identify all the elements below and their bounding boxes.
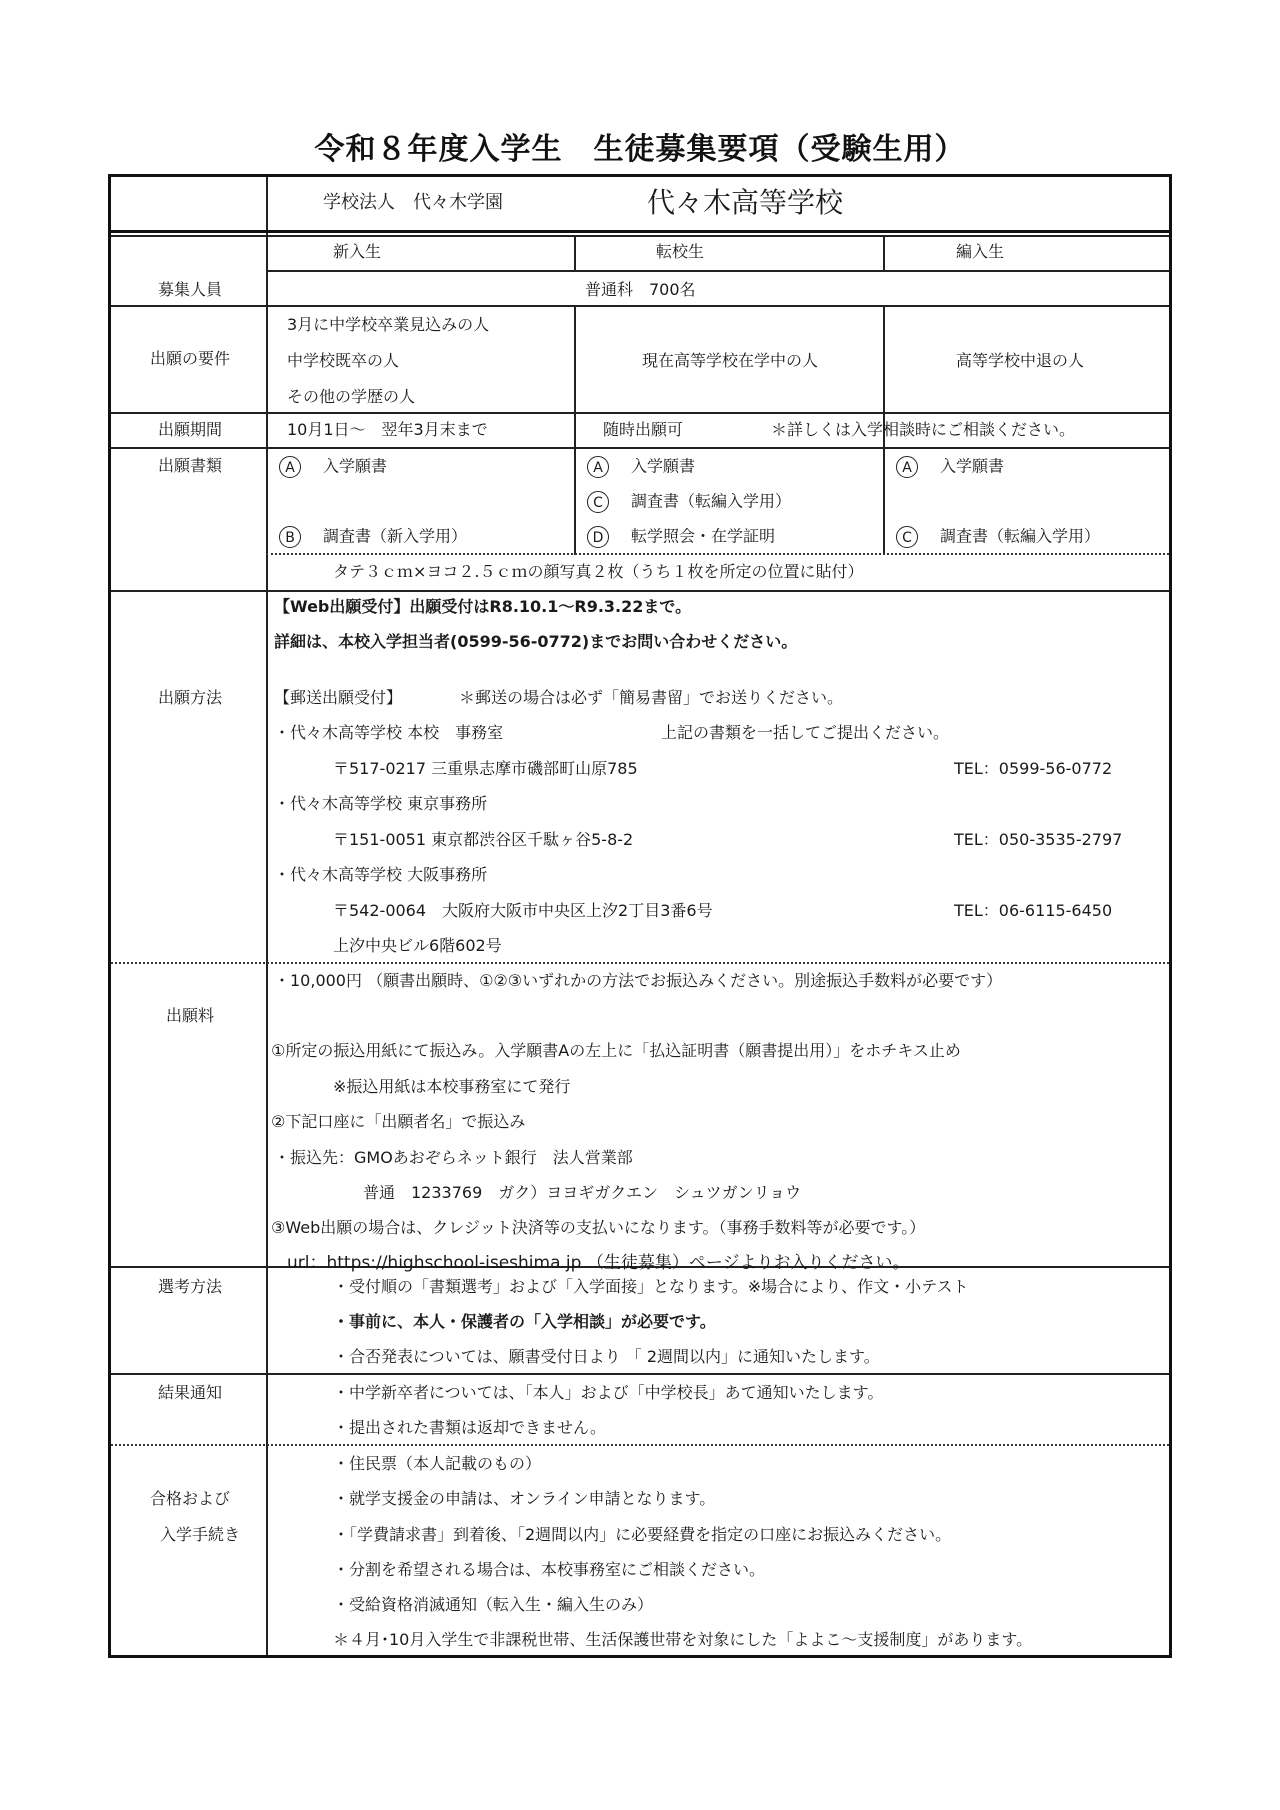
fee-line-4: ②下記口座に「出願者名」で振込み [271, 1112, 525, 1132]
admission-table: 学校法人 代々木学園 代々木高等学校 新入生 転校生 編入生 募集人員 普通科 … [108, 174, 1172, 1658]
circle-mark-icon: A [896, 456, 918, 478]
label-selection: 選考方法 [111, 1277, 269, 1297]
procedure-line-4: ・分割を希望される場合は、本校事務室にご相談ください。 [333, 1560, 765, 1580]
photo-note: タテ３ｃｍ×ヨコ２.５ｃｍの顔写真２枚（うち１枚を所定の位置に貼付） [333, 562, 864, 582]
main-office: ・代々木高等学校 本校 事務室 [274, 723, 503, 743]
document-item: B調査書（新入学用） [279, 526, 467, 548]
document-item: A入学願書 [587, 456, 695, 478]
label-column-divider [266, 177, 268, 1655]
row-divider [111, 230, 1169, 233]
fee-line-5: ・振込先：GMOあおぞらネット銀行 法人営業部 [274, 1148, 633, 1168]
document-item: A入学願書 [279, 456, 387, 478]
label-result: 結果通知 [111, 1383, 269, 1403]
dotted-divider [266, 553, 1169, 555]
osaka-address: 〒542-0064 大阪府大阪市中央区上汐2丁目3番6号 [333, 901, 713, 921]
document-item: D転学照会・在学証明 [587, 526, 775, 548]
col-header-new: 新入生 [333, 242, 381, 262]
label-procedure-2: 入学手続き [121, 1525, 279, 1545]
tokyo-tel: TEL：050-3535-2797 [954, 830, 1122, 850]
requirement-new-3: その他の学歴の人 [287, 387, 415, 407]
label-recruitment: 募集人員 [111, 280, 269, 300]
circle-mark-icon: A [279, 456, 301, 478]
period-new: 10月1日～ 翌年3月末まで [287, 420, 488, 440]
bulk-note: 上記の書類を一括してご提出ください。 [661, 723, 949, 743]
requirement-transfer: 現在高等学校在学中の人 [642, 351, 818, 371]
fee-line-7: ③Web出願の場合は、クレジット決済等の支払いになります。（事務手数料等が必要で… [271, 1218, 925, 1238]
selection-line-3: ・合否発表については、願書受付日より 「 2週間以内」に通知いたします。 [333, 1347, 880, 1367]
corporation-name: 学校法人 代々木学園 [323, 193, 503, 213]
osaka-tel: TEL：06-6115-6450 [954, 901, 1112, 921]
circle-mark-icon: C [587, 491, 609, 513]
circle-mark-icon: C [896, 526, 918, 548]
period-transfer: 随時出願可 [603, 420, 683, 440]
mail-header: 【郵送出願受付】 [274, 688, 402, 708]
result-line-2: ・提出された書類は返却できません。 [333, 1418, 606, 1438]
row-divider [111, 590, 1169, 592]
row-divider [266, 270, 1169, 272]
col-header-readmission: 編入生 [956, 242, 1004, 262]
procedure-line-2: ・就学支援金の申請は、オンライン申請となります。 [333, 1489, 715, 1509]
col-divider [574, 237, 576, 272]
label-fee: 出願料 [111, 1006, 269, 1026]
procedure-line-1: ・住民票（本人記載のもの） [333, 1454, 541, 1474]
fee-url-line: url：https://highschool-iseshima.jp （生徒募集… [287, 1253, 909, 1273]
label-documents: 出願書類 [111, 456, 269, 476]
osaka-office: ・代々木高等学校 大阪事務所 [274, 865, 487, 885]
dotted-divider [111, 962, 1169, 964]
row-divider [111, 412, 1169, 414]
fee-line-2: ①所定の振込用紙にて振込み。入学願書Aの左上に「払込証明書（願書提出用）」をホチ… [271, 1041, 961, 1061]
col-divider [883, 449, 885, 555]
web-application-line2: 詳細は、本校入学担当者(0599-56-0772)までお問い合わせください。 [274, 632, 797, 652]
document-item: C調査書（転編入学用） [587, 491, 791, 513]
label-method: 出願方法 [111, 688, 269, 708]
dotted-divider [111, 1444, 1169, 1446]
tokyo-address: 〒151-0051 東京都渋谷区千駄ヶ谷5-8-2 [333, 830, 633, 850]
selection-line-1: ・受付順の「書類選考」および「入学面接」となります。※場合により、作文・小テスト [333, 1277, 969, 1297]
procedure-line-6: ＊４月･10月入学生で非課税世帯、生活保護世帯を対象にした「よよこ～支援制度」が… [333, 1630, 1032, 1650]
web-application-line1: 【Web出願受付】出願受付はR8.10.1～R9.3.22まで。 [274, 597, 691, 617]
row-divider [111, 1373, 1169, 1375]
main-address: 〒517-0217 三重県志摩市磯部町山原785 [333, 759, 638, 779]
osaka-building: 上汐中央ビル6階602号 [333, 936, 502, 956]
page-title: 令和８年度入学生 生徒募集要項（受験生用） [0, 124, 1280, 168]
circle-mark-icon: B [279, 526, 301, 548]
requirement-new-2: 中学校既卒の人 [287, 351, 399, 371]
result-line-1: ・中学新卒者については、「本人」および「中学校長」あて通知いたします。 [333, 1383, 883, 1403]
procedure-line-3: ・「学費請求書」到着後、「2週間以内」に必要経費を指定の口座にお振込みください。 [333, 1525, 951, 1545]
document-item: A入学願書 [896, 456, 1004, 478]
col-header-transfer: 転校生 [656, 242, 704, 262]
fee-line-3: ※振込用紙は本校事務室にて発行 [333, 1077, 570, 1097]
requirement-readmission: 高等学校中退の人 [956, 351, 1084, 371]
period-note: ＊詳しくは入学相談時にご相談ください。 [771, 420, 1075, 440]
school-name: 代々木高等学校 [647, 187, 843, 219]
main-tel: TEL：0599-56-0772 [954, 759, 1112, 779]
requirement-new-1: 3月に中学校卒業見込みの人 [287, 315, 489, 335]
label-period: 出願期間 [111, 420, 269, 440]
col-divider [574, 414, 576, 555]
row-divider [111, 305, 1169, 307]
fee-line-1: ・10,000円 （願書出願時、①②③いずれかの方法でお振込みください。別途振込… [274, 971, 1002, 991]
row-divider [111, 447, 1169, 449]
fee-line-6: 普通 1233769 ガク）ヨヨギガクエン シュツガンリョウ [363, 1183, 801, 1203]
procedure-line-5: ・受給資格消滅通知（転入生・編入生のみ） [333, 1595, 653, 1615]
label-requirements: 出願の要件 [111, 349, 269, 369]
label-procedure-1: 合格および [111, 1489, 269, 1509]
row-divider [111, 235, 1169, 237]
circle-mark-icon: D [587, 526, 609, 548]
circle-mark-icon: A [587, 456, 609, 478]
document-item: C調査書（転編入学用） [896, 526, 1100, 548]
selection-line-2: ・事前に、本人・保護者の「入学相談」が必要です。 [333, 1312, 716, 1332]
recruitment-value: 普通科 700名 [585, 280, 696, 300]
col-divider [883, 237, 885, 272]
tokyo-office: ・代々木高等学校 東京事務所 [274, 794, 487, 814]
mail-note: ＊郵送の場合は必ず「簡易書留」でお送りください。 [459, 688, 843, 708]
